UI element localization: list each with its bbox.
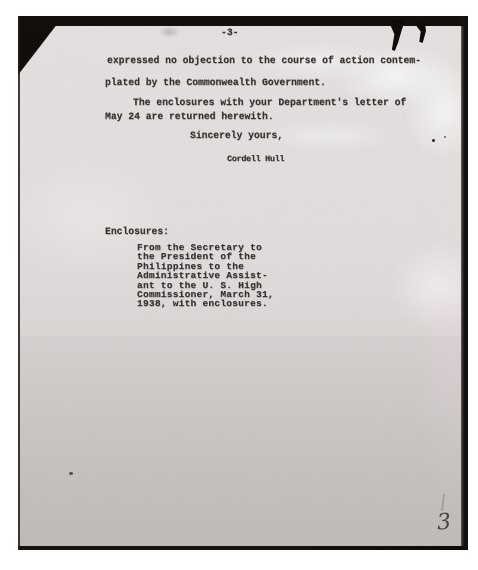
ink-speck: [69, 472, 73, 475]
signature-name: Cordell Hull: [227, 154, 284, 165]
paper-shading: [18, 290, 468, 550]
scan-edge-right: [461, 16, 468, 550]
closing-salutation: Sincerely yours,: [190, 130, 283, 141]
body-line: expressed no objection to the course of …: [107, 55, 421, 66]
body-line: plated by the Commonwealth Government.: [105, 77, 326, 88]
folded-corner: [18, 23, 58, 75]
body-line: May 24 are returned herewith.: [105, 111, 274, 122]
scan-edge-left: [18, 16, 20, 550]
page-number: -3-: [221, 27, 238, 38]
ink-speck: [432, 139, 435, 142]
body-line: The enclosures with your Department's le…: [133, 97, 406, 108]
pencil-smudge: [158, 26, 180, 38]
handwritten-page-number: 3: [436, 509, 452, 535]
scanned-letter-page: -3- expressed no objection to the course…: [0, 0, 478, 570]
scan-edge-bottom: [18, 546, 468, 550]
ink-speck: [444, 136, 446, 138]
photostat-paper: -3- expressed no objection to the course…: [18, 16, 468, 550]
enclosures-heading: Enclosures:: [105, 226, 169, 237]
